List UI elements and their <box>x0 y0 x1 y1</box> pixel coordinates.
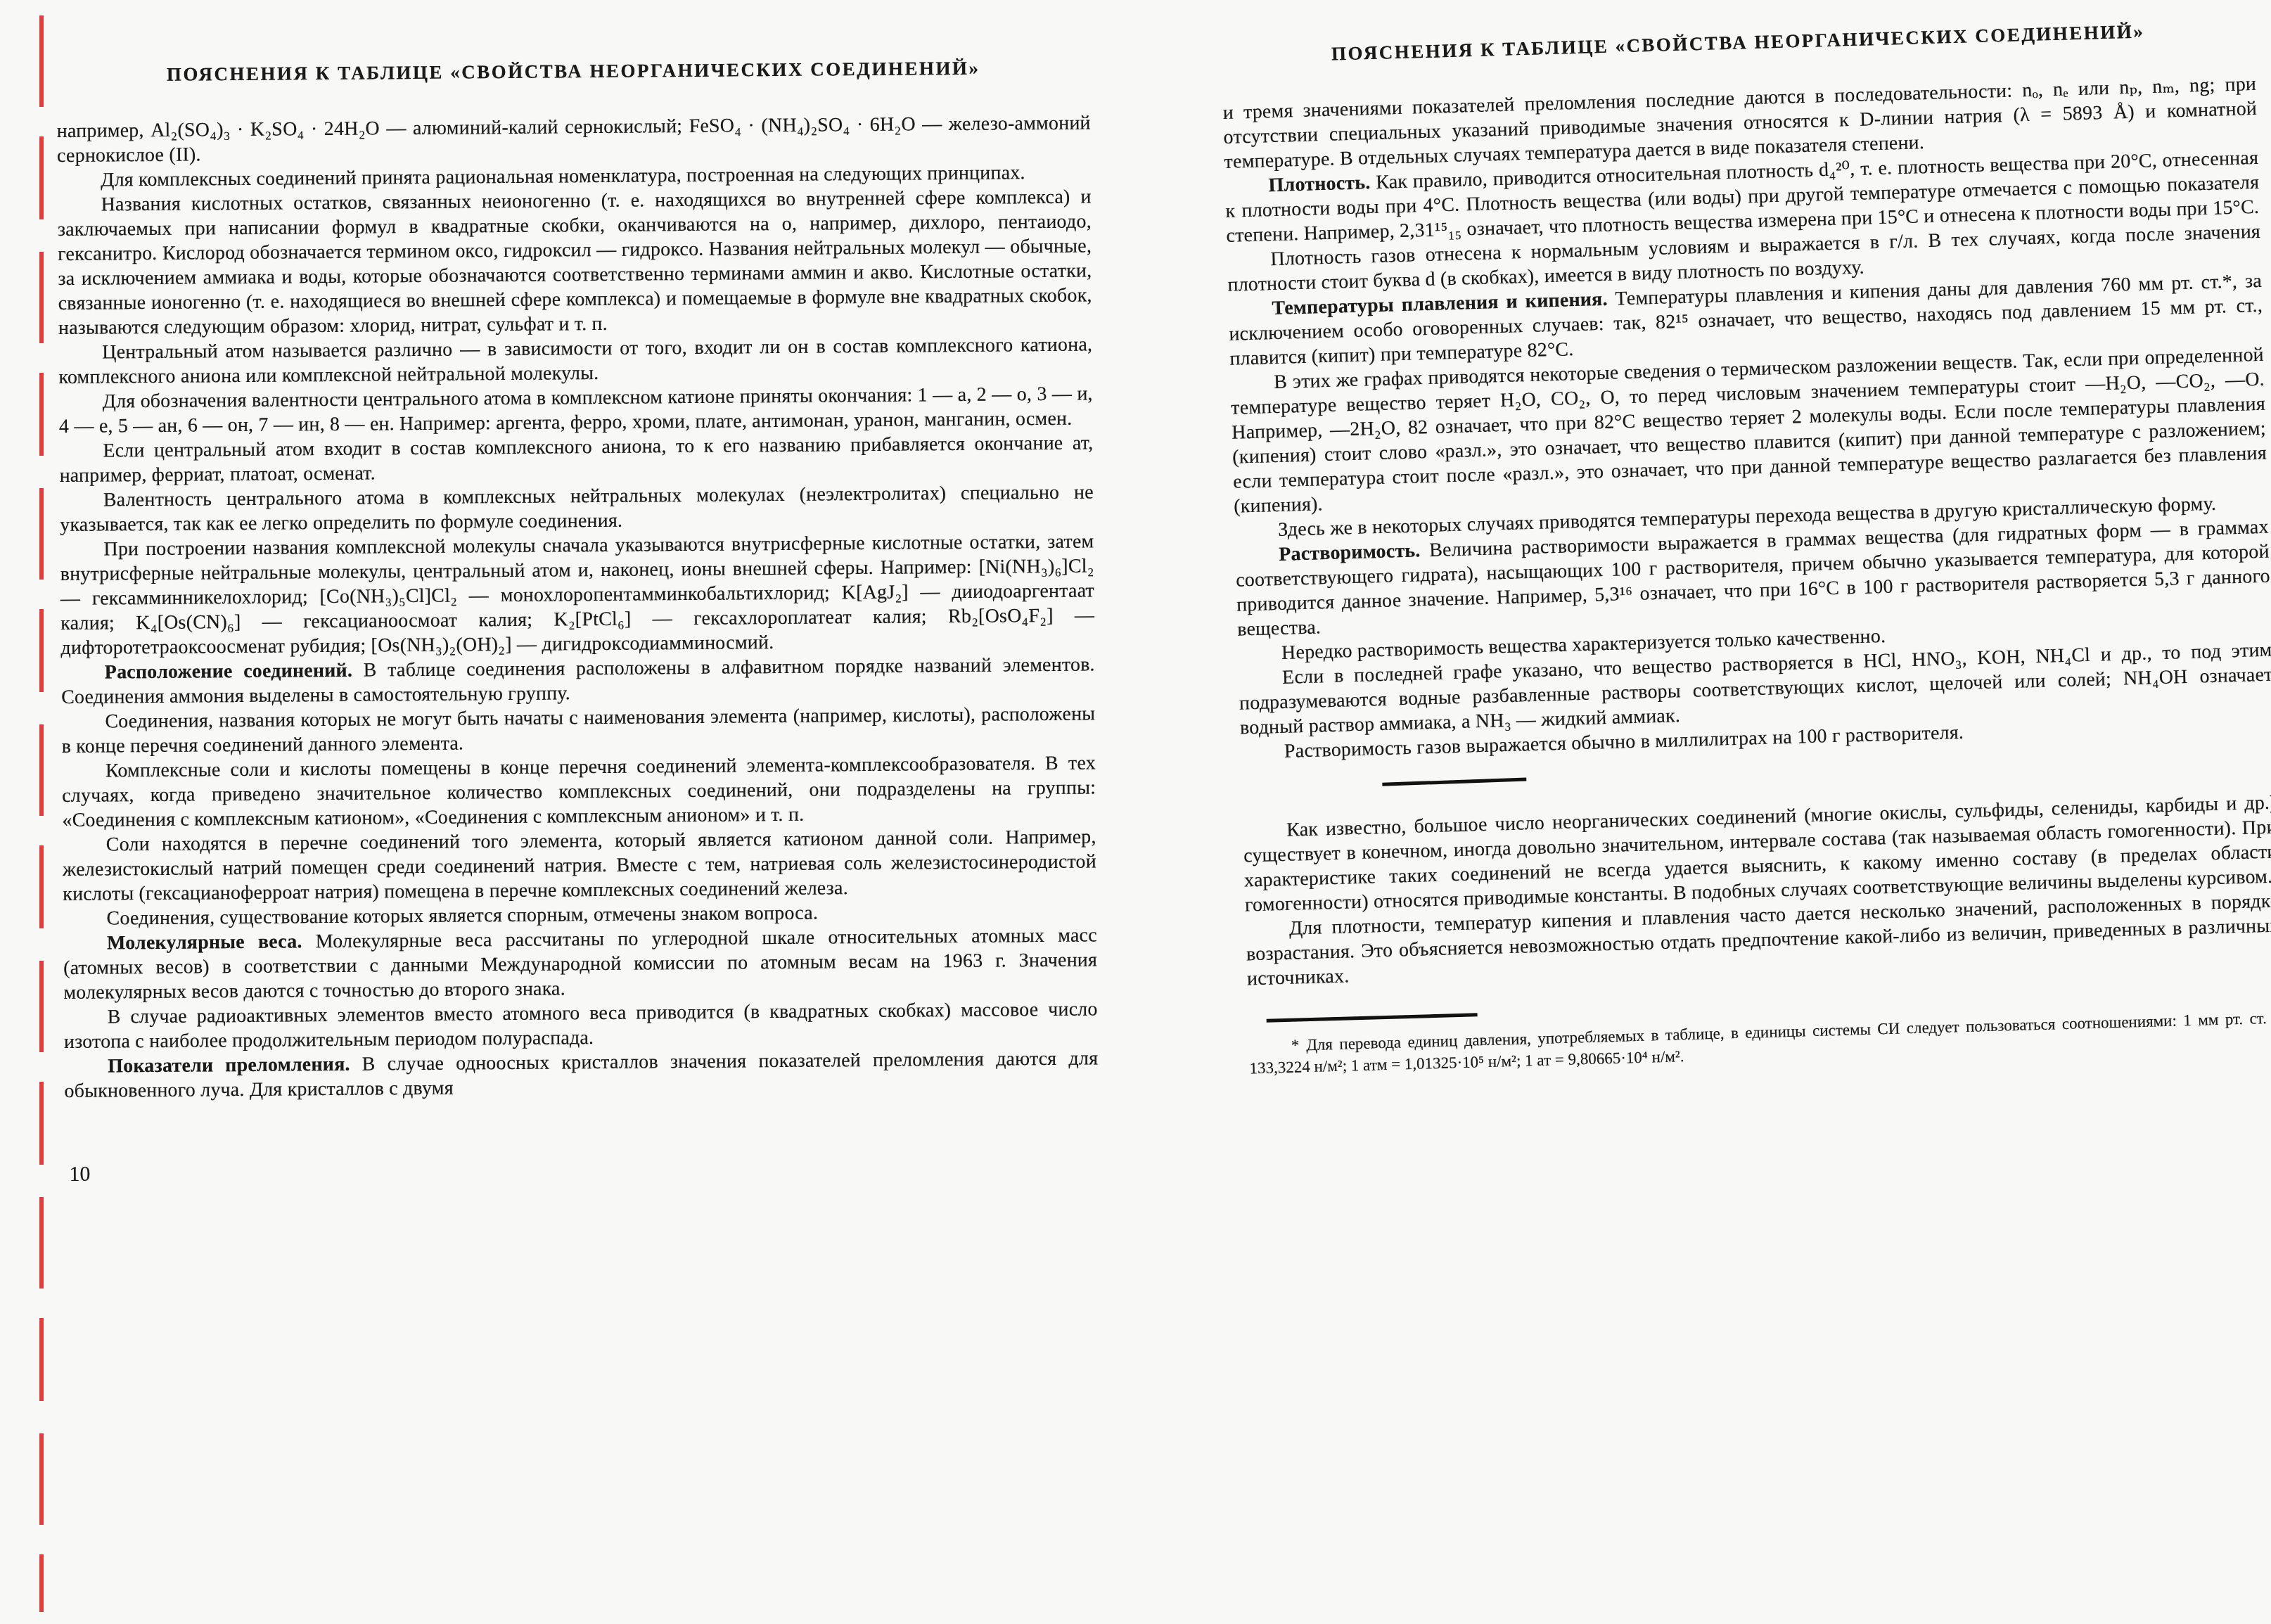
paragraph: Показатели преломления. В случае одноосн… <box>64 1046 1099 1104</box>
scan-edge-artifact <box>39 15 44 1612</box>
page-number: 10 <box>69 1154 1099 1186</box>
paragraph-text: Соединения, названия которых не могут бы… <box>61 703 1095 757</box>
paragraph: Соединения, названия которых не могут бы… <box>61 701 1096 759</box>
paragraph-lead: Растворимость. <box>1279 539 1430 565</box>
paragraph-text: Соли находятся в перечне соединений того… <box>63 826 1096 905</box>
page-title: ПОЯСНЕНИЯ К ТАБЛИЦЕ «СВОЙСТВА НЕОРГАНИЧЕ… <box>1221 18 2255 68</box>
paragraph-text: Если центральный атом входит в состав ко… <box>59 432 1093 487</box>
section-divider <box>1382 778 1526 786</box>
paragraph: Для обозначения валентности центрального… <box>59 381 1094 439</box>
left-page-body: например, Al₂(SO₄)₃ · K₂SO₄ · 24H₂O — ал… <box>57 110 1099 1104</box>
right-page: ПОЯСНЕНИЯ К ТАБЛИЦЕ «СВОЙСТВА НЕОРГАНИЧЕ… <box>1221 18 2271 1079</box>
footnote-rule <box>1267 1013 1478 1022</box>
paragraph-text: Центральный атом называется различно — в… <box>58 333 1092 388</box>
paragraph-lead: Молекулярные веса. <box>107 931 316 954</box>
paragraph-text: При построении названия комплексной моле… <box>60 530 1095 659</box>
paragraph-text: В случае радиоактивных элементов вместо … <box>64 998 1098 1053</box>
paragraph-text: Валентность центрального атома в комплек… <box>60 481 1094 536</box>
paragraph: Центральный атом называется различно — в… <box>58 332 1093 390</box>
paragraph-lead: Плотность. <box>1268 172 1376 196</box>
paragraph-lead: Расположение соединений. <box>105 660 364 684</box>
paragraph: Расположение соединений. В таблице соеди… <box>61 652 1096 710</box>
paragraph: Комплексные соли и кислоты помещены в ко… <box>62 750 1096 833</box>
paragraph-text: Соединения, существование которых являет… <box>106 902 818 930</box>
paragraph: Соли находятся в перечне соединений того… <box>63 824 1097 907</box>
paragraph-lead: Показатели преломления. <box>108 1054 362 1078</box>
paragraph: Валентность центрального атома в комплек… <box>60 480 1094 537</box>
left-page: ПОЯСНЕНИЯ К ТАБЛИЦЕ «СВОЙСТВА НЕОРГАНИЧЕ… <box>56 56 1099 1186</box>
paragraph: В случае радиоактивных элементов вместо … <box>64 997 1099 1054</box>
footnote-marker: * <box>1291 1036 1299 1054</box>
paragraph: Названия кислотных остатков, связанных н… <box>57 184 1092 340</box>
paragraph: Молекулярные веса. Молекулярные веса рас… <box>63 923 1098 1005</box>
book-scan-spread: ПОЯСНЕНИЯ К ТАБЛИЦЕ «СВОЙСТВА НЕОРГАНИЧЕ… <box>0 0 2271 1624</box>
paragraph: Если центральный атом входит в состав ко… <box>59 430 1094 488</box>
paragraph-text: Комплексные соли и кислоты помещены в ко… <box>62 752 1096 831</box>
paragraph-text: В этих же графах приводятся некоторые св… <box>1231 344 2267 518</box>
paragraph: например, Al₂(SO₄)₃ · K₂SO₄ · 24H₂O — ал… <box>57 110 1092 168</box>
page-title: ПОЯСНЕНИЯ К ТАБЛИЦЕ «СВОЙСТВА НЕОРГАНИЧЕ… <box>56 56 1090 87</box>
right-page-body-bottom: Как известно, большое число неорганическ… <box>1243 791 2271 992</box>
paragraph: В этих же графах приводятся некоторые св… <box>1230 343 2267 519</box>
footnote-text: Для перевода единиц давления, употребляе… <box>1249 1009 2271 1077</box>
paragraph: При построении названия комплексной моле… <box>60 529 1094 660</box>
right-page-body-top: и тремя значениями показателей преломлен… <box>1222 72 2271 765</box>
paragraph-text: например, Al₂(SO₄)₃ · K₂SO₄ · 24H₂O — ал… <box>57 112 1091 167</box>
paragraph-text: Названия кислотных остатков, связанных н… <box>58 186 1092 339</box>
paragraph-text: Для обозначения валентности центрального… <box>59 383 1093 437</box>
